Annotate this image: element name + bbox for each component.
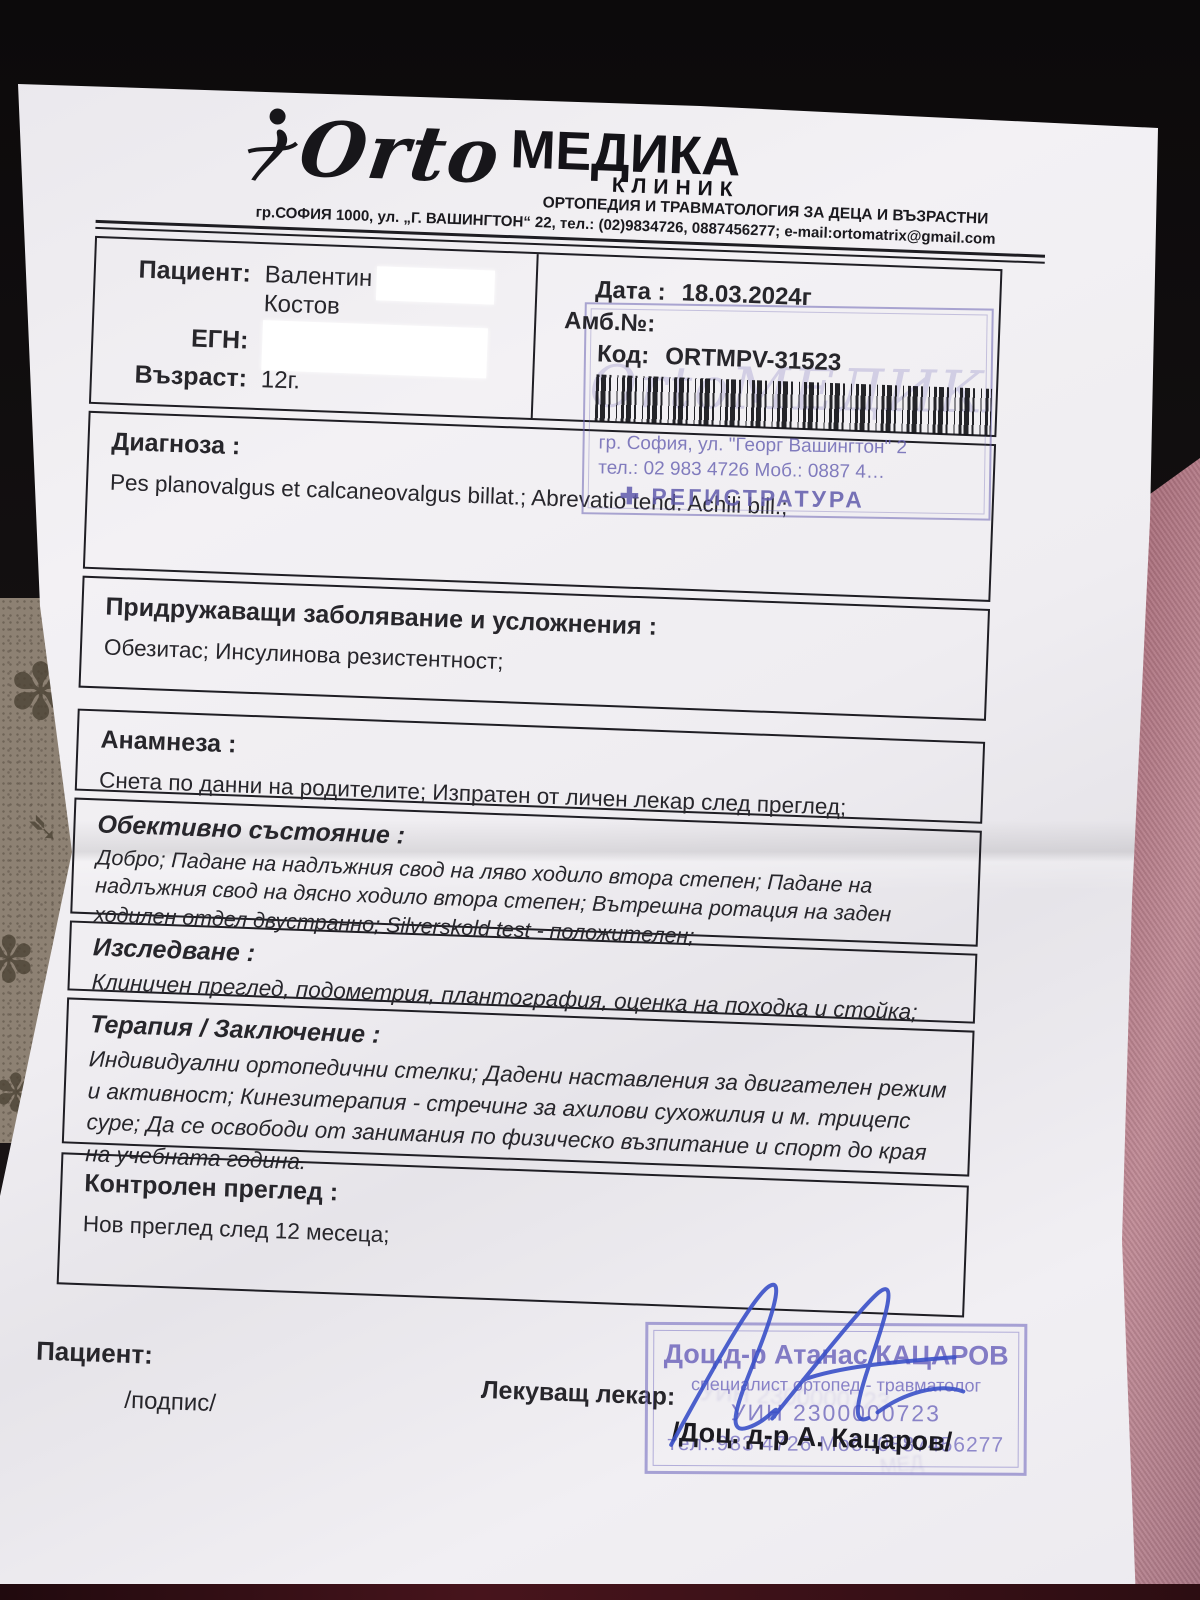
- patient-last-name: Костов: [263, 290, 340, 320]
- visit-cell: OrtoМЕДИКА гр. София, ул. "Георг Вашингт…: [531, 254, 1001, 435]
- footer-patient-label: Пациент:: [36, 1336, 154, 1371]
- logo-main-wrap: МЕДИКА КЛИНИК: [509, 127, 741, 199]
- stamp-address: гр. София, ул. "Георг Вашингтон" 2: [598, 432, 907, 459]
- flower-pattern-icon: ✽: [0, 928, 36, 992]
- date-value: 18.03.2024г: [681, 279, 812, 312]
- egn-value: [262, 327, 488, 365]
- signature-footer: Пациент: /подпис/ Лекуващ лекар: Доц.д-р…: [48, 1298, 1006, 1563]
- swirl-pattern-icon: ➴: [26, 808, 60, 848]
- stamp-phone: тел.: 02 983 4726 Моб.: 0887 4…: [598, 457, 885, 484]
- age-label: Възраст:: [121, 360, 247, 394]
- runner-icon: [245, 105, 300, 183]
- logo-script-text: Orto: [296, 115, 506, 190]
- photo-bottom-edge: [0, 1584, 1200, 1600]
- patient-name-row: Пациент: ВалентинКостов: [124, 255, 526, 327]
- photo-scene: ✽ ✽ ➴ ✽ УИН 2300000723 МЕД Orto МЕДИКА: [0, 0, 1200, 1600]
- age-value: 12г.: [260, 365, 300, 395]
- stamp-title: ✚ РЕГИСТРАТУРА: [620, 483, 865, 514]
- patient-cell: Пациент: ВалентинКостов ЕГН: Възраст: 12…: [91, 238, 537, 418]
- patient-name-value: ВалентинКостов: [263, 260, 526, 327]
- document-content: Orto МЕДИКА КЛИНИК ОРТОПЕДИЯ И ТРАВМАТОЛ…: [48, 102, 1050, 1563]
- signature-ink: [650, 1254, 988, 1496]
- patient-first-name: Валентин: [264, 261, 373, 292]
- patient-info-box: Пациент: ВалентинКостов ЕГН: Възраст: 12…: [89, 236, 1003, 437]
- date-label: Дата :: [595, 276, 666, 307]
- code-label: Код:: [597, 340, 650, 370]
- egn-row: ЕГН:: [123, 322, 524, 366]
- signature-note: /подпис/: [124, 1387, 217, 1418]
- document-paper: УИН 2300000723 МЕД Orto МЕДИКА КЛИНИК: [0, 0, 1200, 1600]
- clinic-logo: Orto МЕДИКА КЛИНИК: [245, 105, 742, 199]
- redaction-box: [376, 266, 495, 304]
- egn-label: ЕГН:: [123, 322, 249, 356]
- patient-label: Пациент:: [124, 255, 251, 317]
- amb-label: Амб.№:: [564, 307, 656, 338]
